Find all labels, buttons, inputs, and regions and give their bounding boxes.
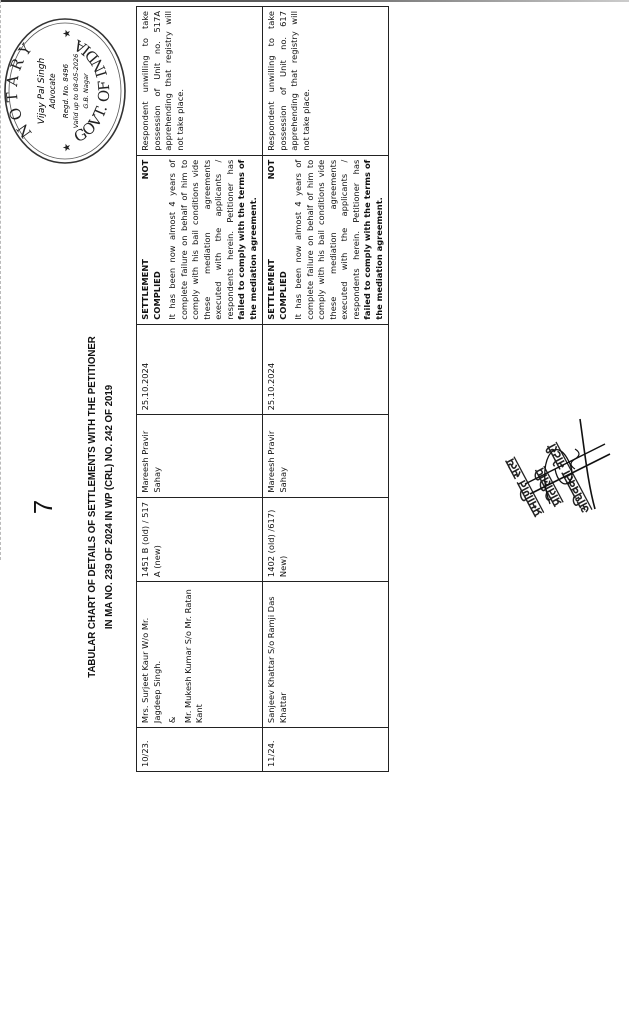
document-title: TABULAR CHART OF DETAILS OF SETTLEMENTS … — [84, 41, 118, 974]
svg-text:★: ★ — [62, 143, 73, 152]
notary-seal-icon: N O T A R Y GOVT. OF INDIA Vijay Pal Sin… — [2, 16, 128, 166]
title-line-1: TABULAR CHART OF DETAILS OF SETTLEMENTS … — [84, 41, 101, 974]
unit-number-cell: 1402 (old) /617) New) — [263, 497, 389, 581]
remark-cell: Respondent unwilling to take possession … — [137, 7, 263, 156]
signature-icon — [500, 404, 620, 524]
status-cell: SETTLEMENTNOTCOMPLIEDIt has been now alm… — [137, 155, 263, 324]
applicant-names-cell: Sanjeev Khattar S/o Ramji Das Khattar — [263, 582, 389, 728]
rotated-page: 7 TABULAR CHART OF DETAILS OF SETTLEMENT… — [0, 0, 629, 1014]
ampersand: & — [167, 586, 179, 723]
table-row: 10/23.Mrs. Surjeet Kaur W/o Mr. Jagdeep … — [137, 7, 263, 772]
status-cell: SETTLEMENTNOTCOMPLIEDIt has been now alm… — [263, 155, 389, 324]
status-heading: SETTLEMENTNOT — [266, 160, 278, 320]
applicant-names-cell: Mrs. Surjeet Kaur W/o Mr. Jagdeep Singh.… — [137, 582, 263, 728]
unit-number-cell: 1451 B (old) / 517 A (new) — [137, 497, 263, 581]
serial-number-cell: 11/24. — [263, 728, 389, 772]
applicant-name: Mr. Mukesh Kumar S/o Mr. Ratan Kant — [183, 586, 206, 723]
applicant-name: Mrs. Surjeet Kaur W/o Mr. Jagdeep Singh. — [140, 586, 163, 723]
serial-number-cell: 10/23. — [137, 728, 263, 772]
status-heading: SETTLEMENTNOT — [140, 160, 152, 320]
status-text: It has been now almost 4 years of comple… — [293, 160, 385, 320]
respondent-cell: Mareesh Pravir Sahay — [137, 415, 263, 497]
signature — [500, 404, 620, 524]
table-row: 11/24.Sanjeev Khattar S/o Ramji Das Khat… — [263, 7, 389, 772]
svg-text:Valid up to 08-05-2026: Valid up to 08-05-2026 — [72, 54, 80, 129]
applicant-name: Sanjeev Khattar S/o Ramji Das Khattar — [266, 586, 289, 723]
date-cell: 25.10.2024 — [263, 324, 389, 415]
settlements-table: 10/23.Mrs. Surjeet Kaur W/o Mr. Jagdeep … — [136, 6, 389, 772]
remark-cell: Respondent unwilling to take possession … — [263, 7, 389, 156]
date-cell: 25.10.2024 — [137, 324, 263, 415]
title-line-2: IN MA NO. 239 OF 2024 IN WP (CRL) NO. 24… — [101, 41, 118, 974]
status-heading-2: COMPLIED — [152, 160, 164, 320]
status-heading-2: COMPLIED — [278, 160, 290, 320]
respondent-cell: Mareesh Pravir Sahay — [263, 415, 389, 497]
notary-stamp: N O T A R Y GOVT. OF INDIA Vijay Pal Sin… — [2, 16, 128, 166]
svg-text:★: ★ — [62, 29, 73, 38]
svg-text:Vijay Pal Singh: Vijay Pal Singh — [37, 57, 47, 124]
status-text: It has been now almost 4 years of comple… — [167, 160, 259, 320]
svg-text:Advocate: Advocate — [48, 73, 57, 110]
svg-text:G.B. Nagar: G.B. Nagar — [82, 72, 90, 109]
svg-text:N O T A R Y: N O T A R Y — [3, 40, 36, 142]
svg-text:Regd. No. 8496: Regd. No. 8496 — [62, 63, 70, 118]
